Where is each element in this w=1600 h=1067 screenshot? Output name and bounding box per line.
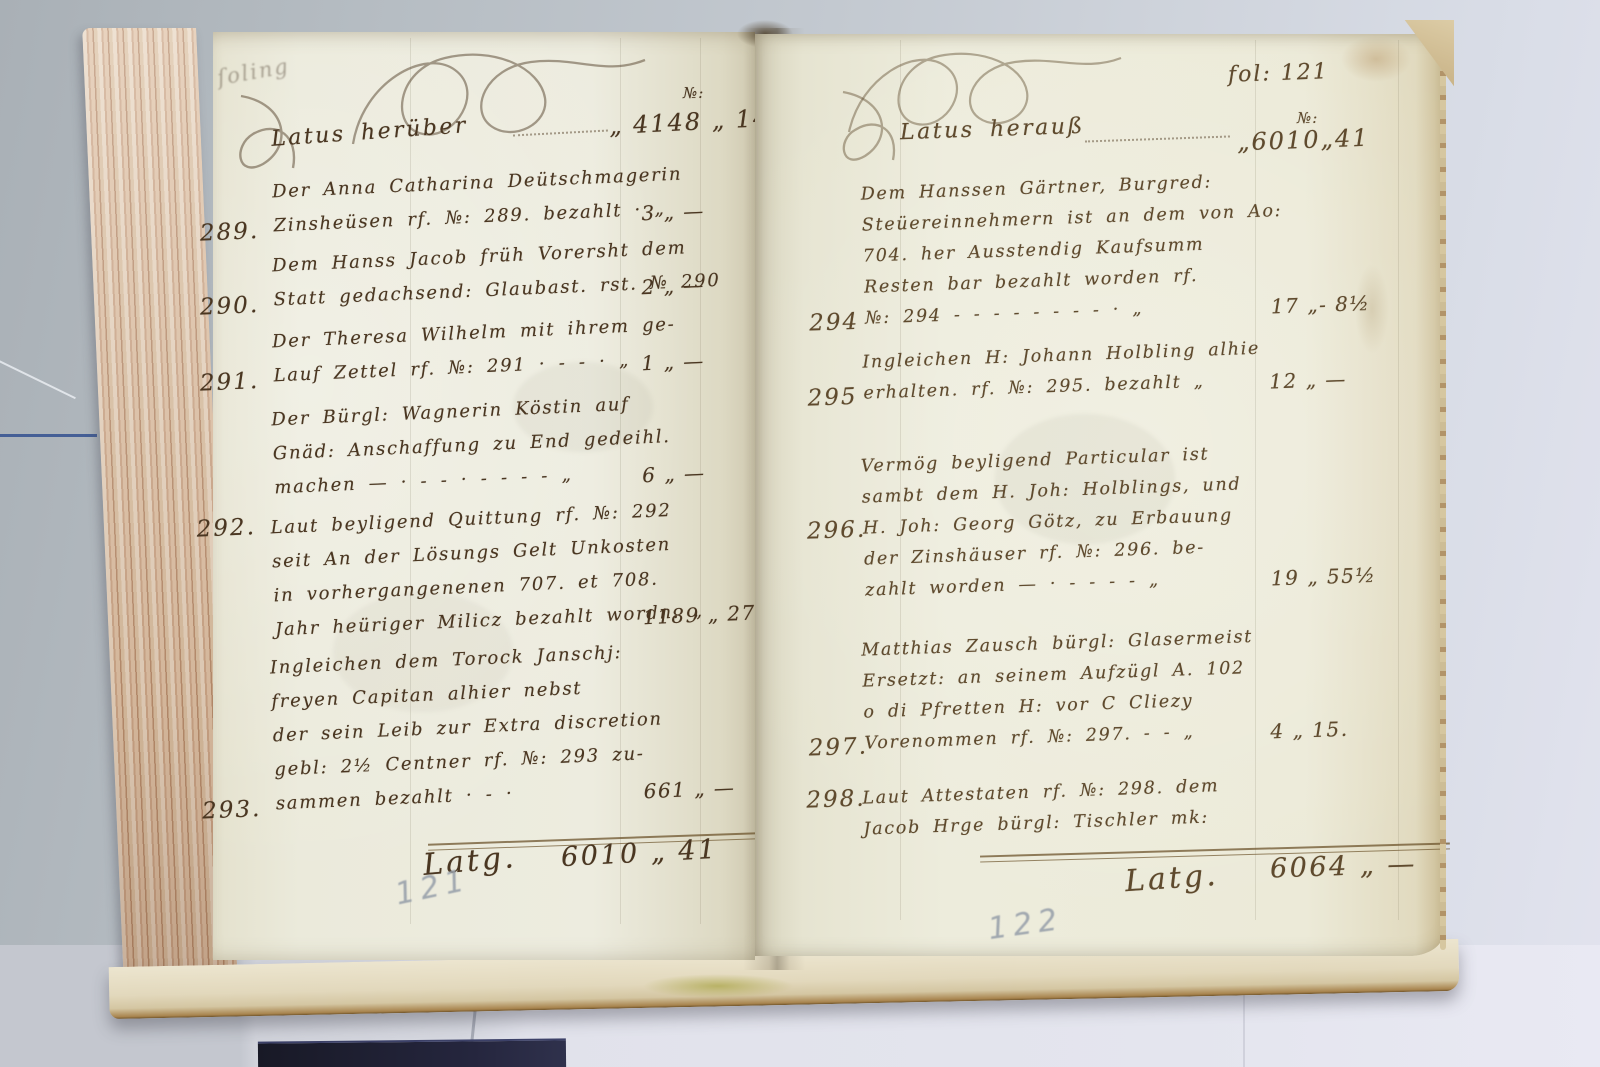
ledger-entry-unnumbered: Der Bürgl: Wagnerin Köstin aufGnäd: Ansc… [211,383,743,508]
ledger-book: ſoling Latus herüber №: „ 4148 „ 14 289.… [95,12,1460,1010]
entries-right: 294Dem Hanssen Gärtner, Burgred:Steüerei… [755,34,1443,956]
entry-number: 294 [809,309,860,337]
entry-amount: 1 „ — [641,349,705,376]
entry-amount: 6 „ — [642,461,706,488]
entry-number: 292. [196,514,256,543]
entry-number: 293. [202,796,262,825]
page-total-amount: 6064 „ — [1270,848,1418,884]
entry-number: 297. [808,733,868,761]
ledger-entry-294: 294Dem Hanssen Gärtner, Burgred:Steüerei… [792,161,1399,337]
ledger-entry-291: 291.Der Theresa Wilhelm mit ihrem ge-Lau… [212,305,742,396]
entry-amount: 3 „ — [641,199,705,226]
ledger-entry-293: 293.Ingleichen dem Torock Janschj:freyen… [209,631,744,824]
cover-edge-glimpse [643,974,793,998]
entry-number: 295 [807,384,858,412]
ledger-entry-297: 297.Matthias Zausch bürgl: GlasermeistEr… [793,617,1399,762]
entries-left: 289.Der Anna Catharina DeütschmagerinZin… [213,32,755,960]
entry-amount: 4 „ 15. [1270,717,1349,744]
photograph-of-ledger: ſoling Latus herüber №: „ 4148 „ 14 289.… [0,0,1600,1067]
entry-amount: 12 „ — [1269,367,1347,394]
entry-number: 289. [199,218,259,247]
ledger-entry-292: 292.Laut beyligend Quittung rf. №: 292se… [210,491,743,650]
entry-amount: 2 „ — [641,273,705,300]
ledger-entry-290: 290.Dem Hanss Jacob früh Vorersht demSta… [212,229,742,320]
entry-number: 290. [199,292,259,321]
ledger-entry-298: 298.Laut Attestaten rf. №: 298. demJacob… [794,765,1398,848]
entry-number: 291. [199,368,259,397]
latus-total-label: Latg. [1124,858,1220,899]
entry-number: 298. [806,786,866,814]
entry-number: 296. [807,517,867,545]
left-page: ſoling Latus herüber №: „ 4148 „ 14 289.… [213,32,755,960]
table-blue-line [0,434,97,437]
table-edge-dark-strip [258,1038,566,1067]
entry-amount: 19 „ 55½ [1271,563,1377,591]
ledger-entry-296: 296.Vermög beyligend Particular istsambt… [792,433,1399,609]
entry-amount: 17 „- 8½ [1271,291,1371,318]
entry-amount: 661 „ — [643,775,736,803]
ledger-entry-295: 295Ingleichen H: Johann Holbling alhieer… [794,329,1398,412]
right-page: fol: 121 №: Latus herauß „6010„41 294Dem… [755,34,1443,956]
